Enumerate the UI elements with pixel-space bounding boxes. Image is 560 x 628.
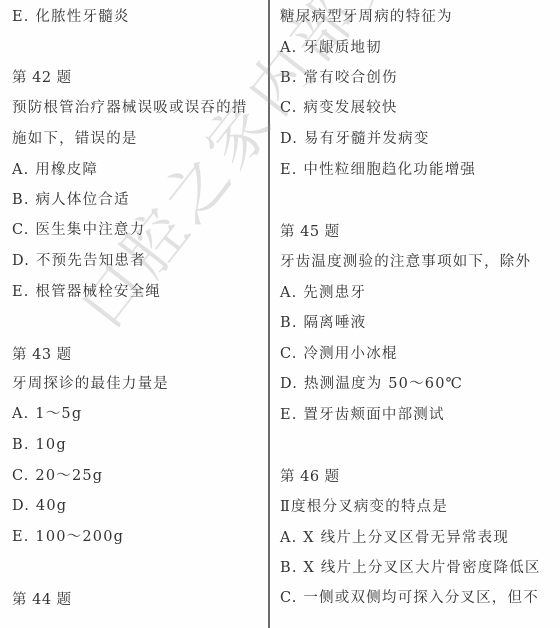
q43-option-e: E. 100～200g bbox=[12, 527, 124, 547]
q46-stem: Ⅱ度根分叉病变的特点是 bbox=[280, 497, 448, 517]
q46-number: 第 46 题 bbox=[280, 467, 340, 487]
q42-number: 第 42 题 bbox=[12, 68, 72, 88]
q45-option-e: E. 置牙齿颊面中部测试 bbox=[280, 405, 445, 425]
q43-option-a: A. 1～5g bbox=[12, 404, 82, 424]
q44-option-c: C. 病变发展较快 bbox=[280, 98, 398, 118]
q44-stem: 糖尿病型牙周病的特征为 bbox=[280, 7, 453, 27]
q42-option-e: E. 根管器械栓安全绳 bbox=[12, 282, 161, 302]
q46-option-a: A. X 线片上分叉区骨无异常表现 bbox=[280, 528, 509, 548]
q44-option-b: B. 常有咬合创伤 bbox=[280, 68, 398, 88]
q41-option-e: E. 化脓性牙髓炎 bbox=[12, 7, 130, 27]
q44-option-e: E. 中性粒细胞趋化功能增强 bbox=[280, 160, 476, 180]
q43-stem: 牙周探诊的最佳力量是 bbox=[12, 374, 169, 394]
q45-option-d: D. 热测温度为 50～60℃ bbox=[280, 374, 463, 394]
q46-option-b: B. X 线片上分叉区大片骨密度降低区 bbox=[280, 558, 541, 578]
column-divider bbox=[268, 0, 270, 628]
q43-number: 第 43 题 bbox=[12, 345, 72, 365]
q44-option-a: A. 牙龈质地韧 bbox=[280, 38, 382, 58]
q45-option-c: C. 冷测用小冰棍 bbox=[280, 344, 398, 364]
q45-option-a: A. 先测患牙 bbox=[280, 283, 366, 303]
q42-option-c: C. 医生集中注意力 bbox=[12, 220, 145, 240]
q44-option-d: D. 易有牙髓并发病变 bbox=[280, 129, 430, 149]
document-page: E. 化脓性牙髓炎 第 42 题 预防根管治疗器械误吸或误吞的措 施如下，错误的… bbox=[0, 0, 560, 628]
q42-option-a: A. 用橡皮障 bbox=[12, 160, 98, 180]
q42-option-b: B. 病人体位合适 bbox=[12, 190, 130, 210]
q43-option-c: C. 20～25g bbox=[12, 466, 103, 486]
q43-option-b: B. 10g bbox=[12, 435, 67, 455]
q46-option-c: C. 一侧或双侧均可探入分叉区，但不 bbox=[280, 588, 539, 608]
q42-stem-line1: 预防根管治疗器械误吸或误吞的措 bbox=[12, 98, 248, 118]
q43-option-d: D. 40g bbox=[12, 496, 67, 516]
q45-number: 第 45 题 bbox=[280, 222, 340, 242]
q42-option-d: D. 不预先告知患者 bbox=[12, 251, 146, 271]
q45-option-b: B. 隔离唾液 bbox=[280, 313, 366, 333]
q44-number: 第 44 题 bbox=[12, 590, 72, 610]
q45-stem: 牙齿温度测验的注意事项如下，除外 bbox=[280, 252, 531, 272]
q42-stem-line2: 施如下，错误的是 bbox=[12, 129, 138, 149]
